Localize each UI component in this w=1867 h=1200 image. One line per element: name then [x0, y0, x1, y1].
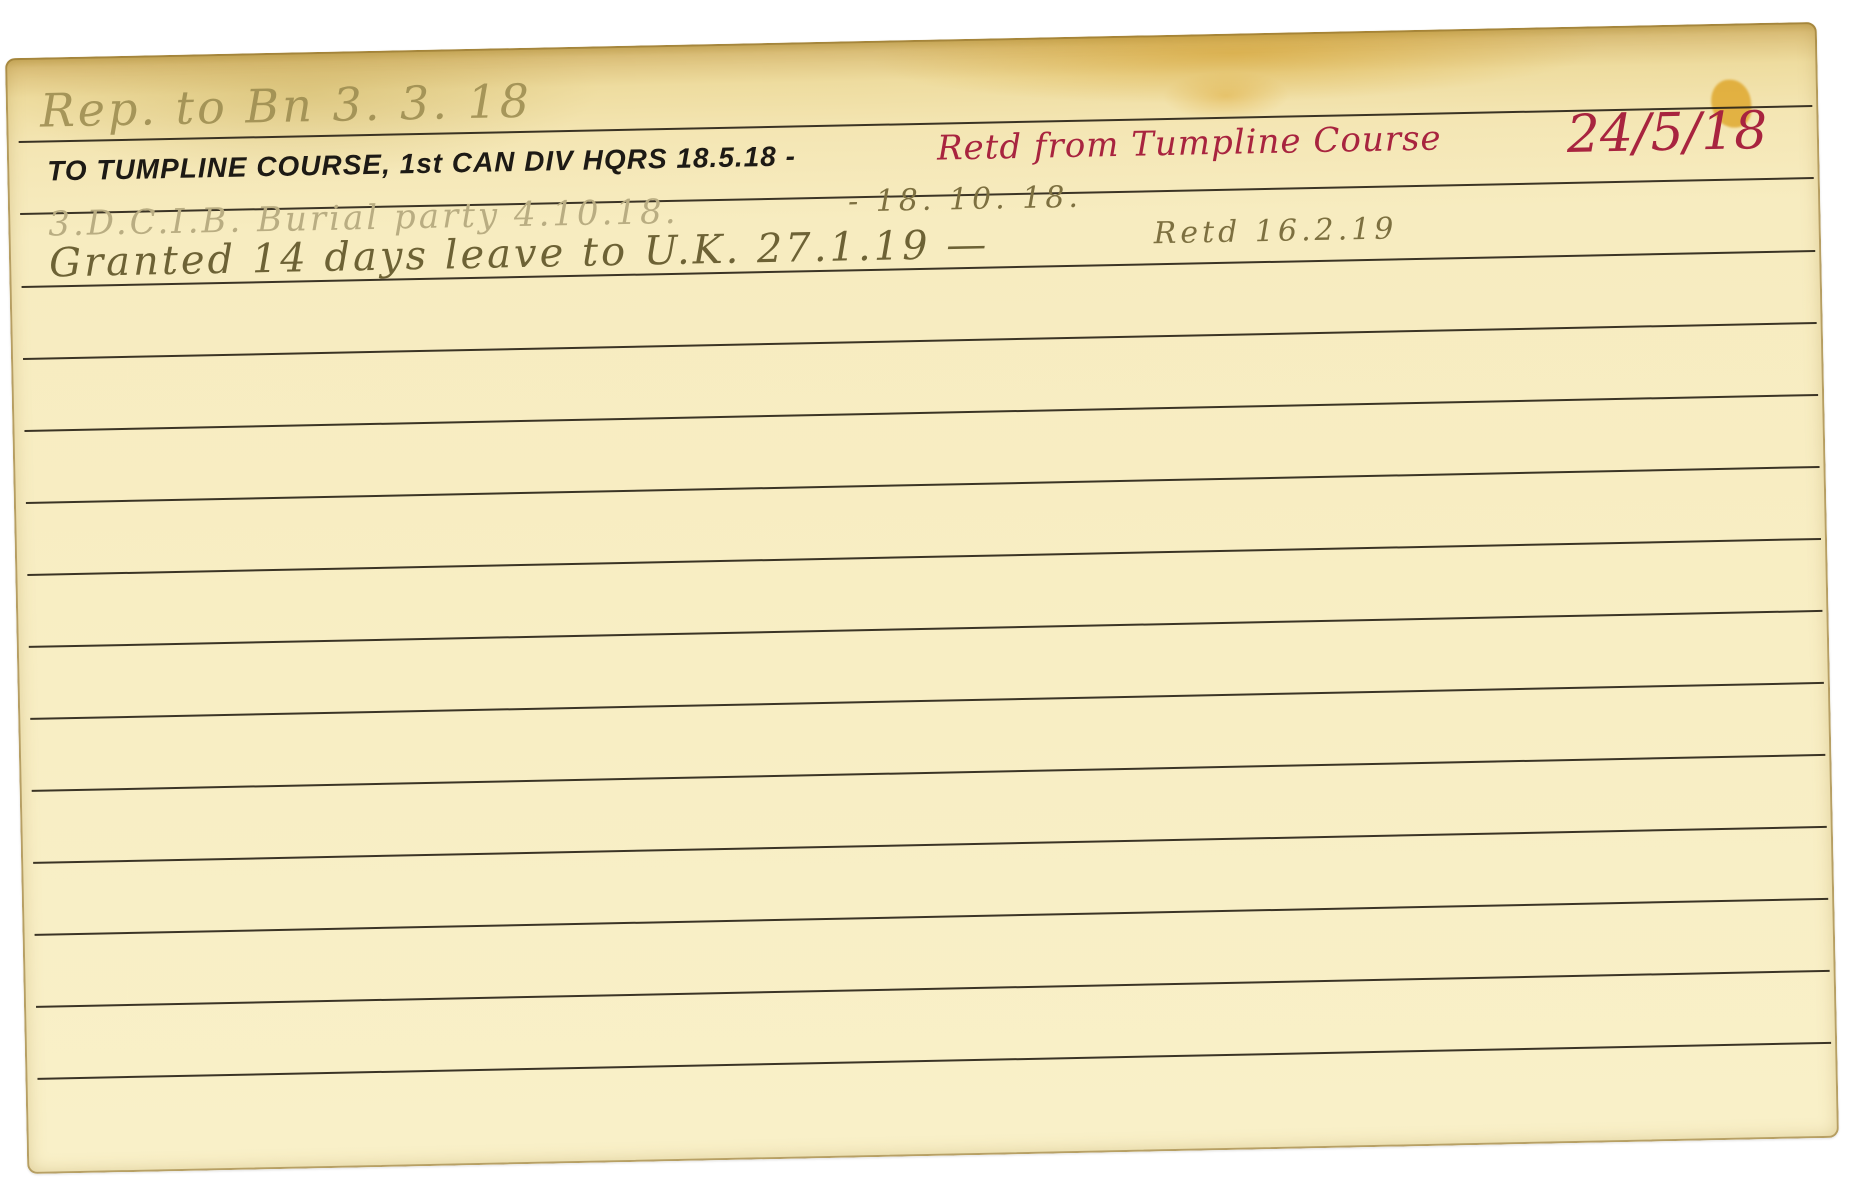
ruled-line — [24, 394, 1818, 432]
ruled-line — [36, 970, 1830, 1008]
ruled-line — [30, 682, 1824, 720]
entry-reported-to-battalion: Rep. to Bn 3. 3. 18 — [40, 78, 533, 134]
entry-tumpline-course: TO TUMPLINE COURSE, 1st CAN DIV HQRS 18.… — [47, 142, 796, 185]
ruled-line — [29, 610, 1823, 648]
ruled-line — [37, 1042, 1831, 1080]
ruled-line — [27, 538, 1821, 576]
entry-returned-date: 24/5/18 — [1566, 105, 1767, 161]
ruled-line — [32, 754, 1826, 792]
ruled-line — [35, 898, 1829, 936]
index-card: Rep. to Bn 3. 3. 18 TO TUMPLINE COURSE, … — [5, 22, 1839, 1174]
ruled-line — [33, 826, 1827, 864]
entry-returned-from-course: Retd from Tumpline Course — [937, 121, 1442, 165]
entry-leave-returned: Retd 16.2.19 — [1153, 214, 1397, 249]
ruled-line — [26, 466, 1820, 504]
scan-background: Rep. to Bn 3. 3. 18 TO TUMPLINE COURSE, … — [0, 0, 1867, 1200]
ruled-line — [23, 322, 1817, 360]
entry-burial-party-end-date: - 18. 10. 18. — [848, 183, 1082, 218]
